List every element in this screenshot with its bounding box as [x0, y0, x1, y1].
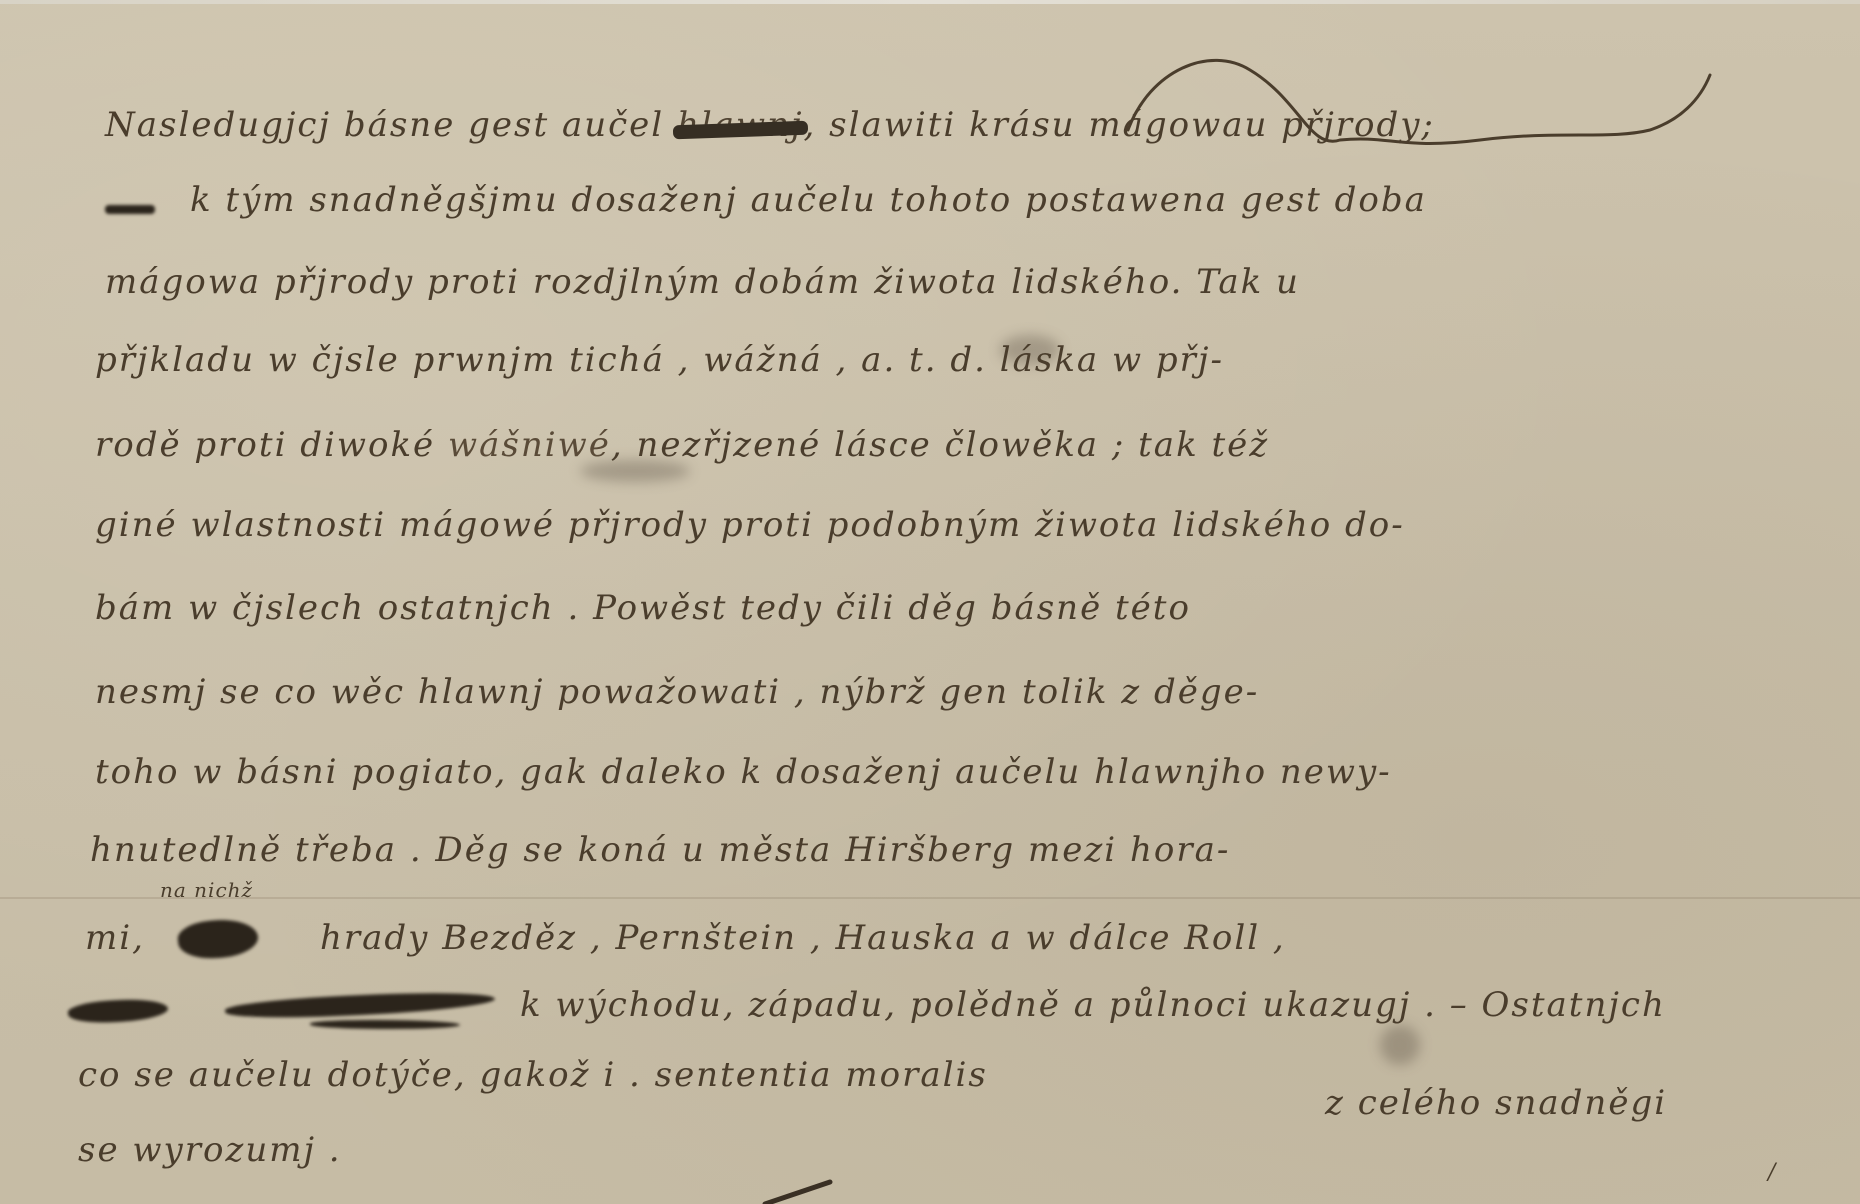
line-12-text: k wýchodu, západu, polědně a půlnoci uka…	[520, 985, 1666, 1025]
text-line-5: rodě proti diwoké wášniwé, nezřjzené lás…	[95, 425, 1269, 465]
line-14-text: se wyrozumj .	[78, 1130, 342, 1170]
line-3-text: mágowa přjrody proti rozdjlným dobám žiw…	[105, 262, 1300, 302]
text-line-6: giné wlastnosti mágowé přjrody proti pod…	[95, 505, 1405, 545]
line-11-part-a: mi,	[85, 918, 145, 958]
line-2-strikethrough	[105, 205, 155, 214]
line-9-text: toho w básni pogiato, gak daleko k dosaž…	[95, 752, 1392, 792]
text-line-3: mágowa přjrody proti rozdjlným dobám žiw…	[105, 262, 1300, 302]
text-line-8: nesmj se co wěc hlawnj powažowati , nýbr…	[95, 672, 1259, 712]
line-2-text: k tým snadněgšjmu dosaženj aučelu tohoto…	[190, 180, 1427, 220]
line-12-strikethrough-1	[67, 997, 168, 1026]
line-13-part-b: z celého snadněgi	[1325, 1083, 1667, 1123]
line-1-part-a: Nasledugjcj básne gest aučel	[105, 105, 677, 145]
line-5-smudged-word: wášniwé	[448, 425, 611, 465]
text-line-1: Nasledugjcj básne gest aučel hlawnj, sla…	[105, 105, 1435, 145]
text-line-7: bám w čjslech ostatnjch . Powěst tedy či…	[95, 588, 1191, 628]
line-8-text: nesmj se co wěc hlawnj powažowati , nýbr…	[95, 672, 1259, 712]
line-5-part-a: rodě proti diwoké	[95, 425, 448, 465]
enclosing-curve-mark	[0, 0, 1860, 200]
line-5-part-c: , nezřjzené lásce člowěka ; tak též	[611, 425, 1269, 465]
manuscript-text: Nasledugjcj básne gest aučel hlawnj, sla…	[0, 0, 1860, 1204]
text-line-10: hnutedlně třeba . Děg se koná u města Hi…	[90, 830, 1230, 870]
text-line-9: toho w básni pogiato, gak daleko k dosaž…	[95, 752, 1392, 792]
text-line-4: přjkladu w čjsle prwnjm tichá , wážná , …	[95, 340, 1224, 380]
line-1-part-c: , slawiti krásu mágowau přjrody;	[804, 105, 1435, 145]
line-10-text: hnutedlně třeba . Děg se koná u města Hi…	[90, 830, 1230, 870]
text-line-13-continued: z celého snadněgi	[1325, 1083, 1667, 1123]
text-line-11-continued: hrady Bezděz , Pernštein , Hauska a w dá…	[320, 918, 1286, 958]
line-12-strikethrough-3	[310, 1020, 460, 1029]
line-1-overwritten-word: hlawnj	[677, 105, 804, 145]
line-7-text: bám w čjslech ostatnjch . Powěst tedy či…	[95, 588, 1191, 628]
text-line-13: co se aučelu dotýče, gakož i . sententia…	[78, 1055, 988, 1095]
interlinear-insertion: na nichž	[160, 878, 253, 902]
line-11-ink-blot	[176, 916, 260, 962]
text-line-14: se wyrozumj .	[78, 1130, 342, 1170]
ink-smudge	[1380, 1025, 1420, 1065]
line-4-text: přjkladu w čjsle prwnjm tichá , wážná , …	[95, 340, 1224, 380]
line-6-text: giné wlastnosti mágowé přjrody proti pod…	[95, 505, 1405, 545]
manuscript-page: Nasledugjcj básne gest aučel hlawnj, sla…	[0, 0, 1860, 1204]
line-13-part-a: co se aučelu dotýče, gakož i . sententia…	[78, 1055, 988, 1095]
text-line-11: mi,	[85, 918, 145, 958]
text-line-12: k wýchodu, západu, polědně a půlnoci uka…	[520, 985, 1666, 1025]
bottom-right-tick-mark: /	[1768, 1160, 1775, 1185]
text-line-2: k tým snadněgšjmu dosaženj aučelu tohoto…	[190, 180, 1427, 220]
line-11-part-b: hrady Bezděz , Pernštein , Hauska a w dá…	[320, 918, 1286, 958]
line-12-strikethrough-2	[225, 988, 496, 1022]
